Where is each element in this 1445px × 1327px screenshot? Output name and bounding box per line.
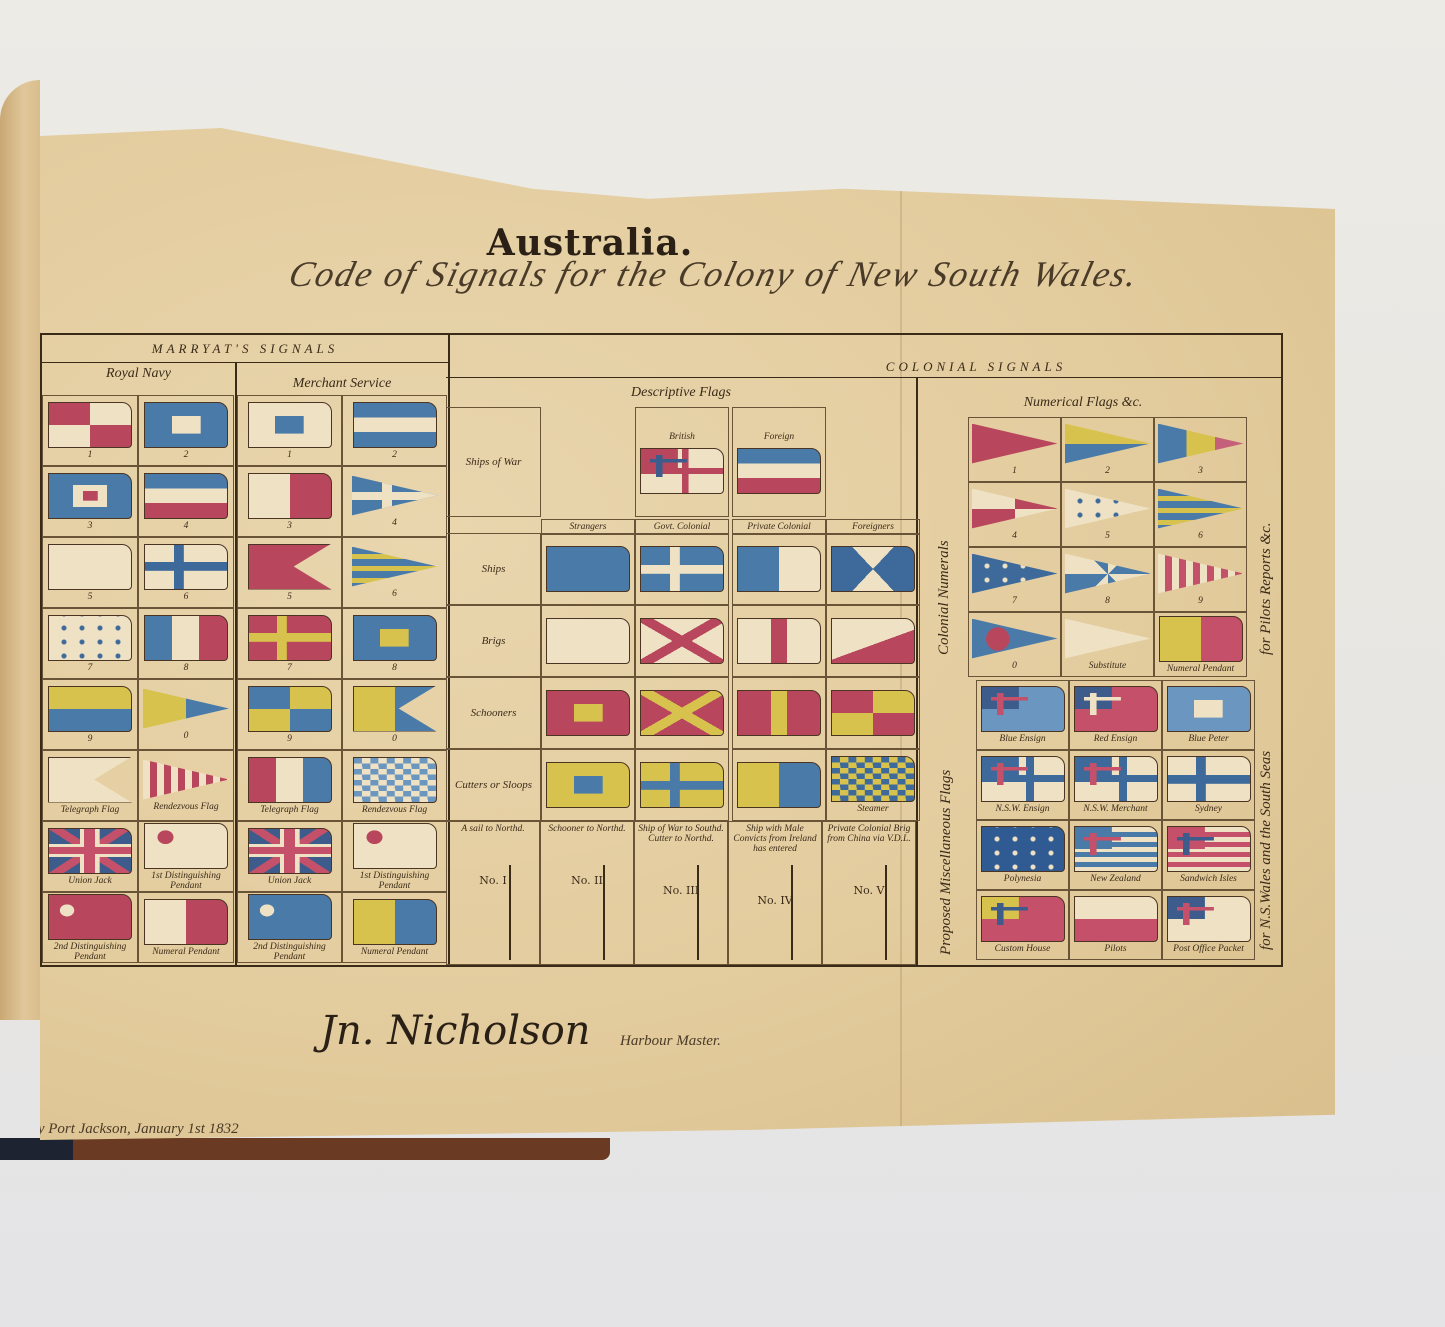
signal-flag-icon — [1158, 554, 1244, 594]
hoist-example: Ship with Male Convicts from Ireland has… — [728, 821, 822, 965]
signal-flag-icon — [1167, 896, 1251, 942]
merchant-service-flag-cell: 0 — [342, 679, 447, 750]
hoist-example: Ship of War to Southd. Cutter to Northd.… — [634, 821, 728, 965]
signal-flag-icon — [248, 615, 332, 661]
descriptive-flag-cell — [541, 605, 635, 677]
signal-flag-icon — [831, 618, 915, 664]
signal-flag-icon — [546, 762, 630, 808]
flag-label: 3 — [88, 521, 93, 531]
mast-icon — [697, 865, 699, 960]
descriptive-flag-cell — [732, 605, 826, 677]
flag-label: Blue Ensign — [999, 734, 1045, 744]
descriptive-flags-heading: Descriptive Flags — [446, 385, 916, 401]
signal-flag-icon — [48, 402, 132, 448]
signal-flag-icon — [1167, 826, 1251, 872]
descriptive-flag-cell — [732, 677, 826, 749]
flag-label: 1 — [287, 450, 292, 460]
flag-label: Telegraph Flag — [260, 805, 319, 815]
signal-flag-icon — [352, 476, 438, 516]
signal-flag-icon — [144, 823, 228, 869]
signal-flag-icon — [144, 473, 228, 519]
marryat-signals-table: MARRYAT'S SIGNALS Royal Navy Merchant Se… — [40, 333, 450, 967]
hoist-number: No. IV — [757, 894, 792, 907]
hoist-number: No. II — [571, 874, 603, 887]
signal-flag-icon — [1065, 489, 1151, 529]
royal-navy-flag-cell: 6 — [138, 537, 234, 608]
flag-label: Post Office Packet — [1173, 944, 1244, 954]
flag-label: N.S.W. Ensign — [995, 804, 1049, 814]
signal-flag-icon — [546, 618, 630, 664]
descriptive-flag-cell — [635, 677, 729, 749]
signal-flag-icon — [248, 828, 332, 874]
signal-flag-icon — [972, 489, 1058, 529]
page-subtitle: Code of Signals for the Colony of New So… — [285, 253, 1144, 295]
royal-navy-flag-cell: 3 — [42, 466, 138, 537]
signal-flag-icon — [353, 686, 437, 732]
signal-flag-icon — [248, 544, 332, 590]
numerical-flag-cell: Substitute — [1061, 612, 1154, 677]
signal-flag-icon — [972, 554, 1058, 594]
flag-label: 5 — [1105, 531, 1110, 541]
descriptive-flags-grid: Ships of WarBritishForeignStrangersGovt.… — [446, 407, 916, 965]
ships-of-war-flag-cell: Foreign — [732, 407, 826, 517]
flag-label: Rendezvous Flag — [153, 802, 218, 812]
flag-label: 1 — [88, 450, 93, 460]
descriptive-flag-cell — [635, 533, 729, 605]
flag-label: 4 — [392, 518, 397, 528]
flag-label: 1st Distinguishing Pendant — [139, 871, 233, 891]
flag-label: 6 — [1198, 531, 1203, 541]
miscellaneous-flag-cell: Red Ensign — [1069, 680, 1162, 750]
miscellaneous-flag-cell: Polynesia — [976, 820, 1069, 890]
royal-navy-flag-cell: 0 — [138, 679, 234, 750]
flag-label: Polynesia — [1004, 874, 1041, 884]
hoist-caption: Ship with Male Convicts from Ireland has… — [729, 824, 821, 854]
merchant-service-flag-cell: 4 — [342, 466, 447, 537]
hoist-example: Private Colonial Brig from China via V.D… — [822, 821, 916, 965]
miscellaneous-flags-label: Proposed Miscellaneous Flags — [938, 695, 955, 955]
numerical-flag-cell: 3 — [1154, 417, 1247, 482]
row-label: Brigs — [446, 605, 541, 677]
hoist-number: No. V — [854, 884, 885, 897]
signal-flag-icon — [1167, 686, 1251, 732]
column-header: Foreign — [764, 432, 794, 442]
merchant-service-flag-cell: 1 — [237, 395, 342, 466]
merchant-service-flag-cell: 6 — [342, 537, 447, 608]
miscellaneous-flag-cell: Blue Peter — [1162, 680, 1255, 750]
flag-label: 8 — [184, 663, 189, 673]
column-header: British — [669, 432, 695, 442]
flag-label: Blue Peter — [1188, 734, 1228, 744]
miscellaneous-flag-cell: Sydney — [1162, 750, 1255, 820]
signal-flag-icon — [1074, 686, 1158, 732]
flag-label: 0 — [1012, 661, 1017, 671]
royal-navy-flag-cell: 1 — [42, 395, 138, 466]
signal-flag-icon — [48, 894, 132, 940]
flag-label: 1st Distinguishing Pendant — [343, 871, 446, 891]
signal-flag-icon — [981, 756, 1065, 802]
signal-flag-icon — [353, 899, 437, 945]
royal-navy-flags: 1234567890Telegraph FlagRendezvous FlagU… — [42, 395, 235, 965]
signal-flag-icon — [1074, 896, 1158, 942]
flag-label: 0 — [184, 731, 189, 741]
descriptive-flag-cell — [635, 749, 729, 821]
miscellaneous-flag-cell: N.S.W. Merchant — [1069, 750, 1162, 820]
numerical-flag-cell: 1 — [968, 417, 1061, 482]
merchant-service-flag-cell: Union Jack — [237, 821, 342, 892]
flag-label: 7 — [287, 663, 292, 673]
row-label-ships-of-war: Ships of War — [446, 407, 541, 517]
signal-flag-icon — [640, 762, 724, 808]
signal-flag-icon — [737, 546, 821, 592]
merchant-service-flag-cell: 7 — [237, 608, 342, 679]
signal-flag-icon — [737, 762, 821, 808]
signal-flag-icon — [640, 546, 724, 592]
flag-label: 8 — [1105, 596, 1110, 606]
flag-label: Sandwich Isles — [1180, 874, 1237, 884]
flag-label: N.S.W. Merchant — [1083, 804, 1147, 814]
flag-label: 1 — [1012, 466, 1017, 476]
numerical-flag-cell: 2 — [1061, 417, 1154, 482]
descriptive-flag-cell — [826, 533, 920, 605]
hoist-example: Schooner to Northd.No. II — [540, 821, 634, 965]
signal-flag-icon — [640, 690, 724, 736]
flag-label: 6 — [392, 589, 397, 599]
flag-label: 7 — [88, 663, 93, 673]
royal-navy-flag-cell: Telegraph Flag — [42, 750, 138, 821]
ships-of-war-flag-cell: British — [635, 407, 729, 517]
signal-flag-icon — [1159, 616, 1243, 662]
mast-icon — [885, 865, 887, 960]
signal-flag-icon — [144, 544, 228, 590]
signal-flag-icon — [353, 757, 437, 803]
royal-navy-flag-cell: 1st Distinguishing Pendant — [138, 821, 234, 892]
numerical-flags-grid: 1234567890SubstituteNumeral Pendant — [968, 417, 1248, 677]
flag-label: Substitute — [1089, 661, 1126, 671]
flag-label: 5 — [88, 592, 93, 602]
merchant-service-flag-cell: Rendezvous Flag — [342, 750, 447, 821]
miscellaneous-flag-cell: Post Office Packet — [1162, 890, 1255, 960]
numerical-flag-cell: 4 — [968, 482, 1061, 547]
south-seas-note: for N.S.Wales and the South Seas — [1258, 751, 1275, 950]
colonial-numerals-label: Colonial Numerals — [936, 540, 953, 655]
flag-label: Numeral Pendant — [1167, 664, 1234, 674]
signal-flag-icon — [981, 686, 1065, 732]
signal-flag-icon — [144, 615, 228, 661]
signal-flag-icon — [972, 619, 1058, 659]
mast-icon — [791, 865, 793, 960]
flag-label: 8 — [392, 663, 397, 673]
flag-label: Rendezvous Flag — [362, 805, 427, 815]
numerical-flag-cell: 6 — [1154, 482, 1247, 547]
pilots-reports-note: for Pilots Reports &c. — [1258, 523, 1275, 656]
signal-flag-icon — [972, 424, 1058, 464]
numerical-flag-cell: 5 — [1061, 482, 1154, 547]
merchant-service-flag-cell: 5 — [237, 537, 342, 608]
miscellaneous-flag-cell: N.S.W. Ensign — [976, 750, 1069, 820]
merchant-service-flag-cell: Numeral Pendant — [342, 892, 447, 963]
flag-label: 4 — [184, 521, 189, 531]
signal-flag-icon — [737, 690, 821, 736]
miscellaneous-flag-cell: New Zealand — [1069, 820, 1162, 890]
row-label: Cutters or Sloops — [446, 749, 541, 821]
signal-flag-icon — [352, 547, 438, 587]
colonial-heading: COLONIAL SIGNALS — [776, 359, 1176, 375]
hoist-example: A sail to Northd.No. I — [446, 821, 540, 965]
signal-flag-icon — [1158, 489, 1244, 529]
flag-label: 2 — [392, 450, 397, 460]
signal-flag-icon — [1158, 424, 1244, 464]
signal-flag-icon — [1167, 756, 1251, 802]
hoist-caption: Private Colonial Brig from China via V.D… — [823, 824, 915, 844]
signal-flag-icon — [1065, 619, 1151, 659]
miscellaneous-flag-cell: Pilots — [1069, 890, 1162, 960]
numerical-flag-cell: 0 — [968, 612, 1061, 677]
flag-label: Union Jack — [68, 876, 112, 886]
numerical-flag-cell: 7 — [968, 547, 1061, 612]
row-label: Schooners — [446, 677, 541, 749]
merchant-service-flag-cell: Telegraph Flag — [237, 750, 342, 821]
royal-navy-flag-cell: 2nd Distinguishing Pendant — [42, 892, 138, 963]
descriptive-flag-cell — [541, 749, 635, 821]
signal-flag-icon — [981, 826, 1065, 872]
descriptive-flag-cell — [826, 605, 920, 677]
descriptive-flag-cell: Steamer — [826, 749, 920, 821]
signal-flag-icon — [546, 690, 630, 736]
numerical-flag-cell: 9 — [1154, 547, 1247, 612]
flag-label: 2nd Distinguishing Pendant — [43, 942, 137, 962]
royal-navy-flag-cell: Numeral Pendant — [138, 892, 234, 963]
flag-label: 2nd Distinguishing Pendant — [238, 942, 341, 962]
signal-flag-icon — [48, 828, 132, 874]
hoist-number: No. III — [663, 884, 699, 897]
flag-label: 0 — [392, 734, 397, 744]
signal-flag-icon — [48, 544, 132, 590]
colonial-signals-table: COLONIAL SIGNALS Descriptive Flags Ships… — [446, 333, 1283, 967]
signal-flag-icon — [831, 546, 915, 592]
merchant-service-flags: 1234567890Telegraph FlagRendezvous FlagU… — [237, 395, 448, 965]
flag-label: 3 — [1198, 466, 1203, 476]
signal-flag-icon — [48, 615, 132, 661]
numerical-flags-heading: Numerical Flags &c. — [918, 395, 1248, 411]
merchant-service-flag-cell: 9 — [237, 679, 342, 750]
signal-flag-icon — [831, 690, 915, 736]
descriptive-flag-cell — [732, 533, 826, 605]
numerical-flag-cell: Numeral Pendant — [1154, 612, 1247, 677]
signal-flag-icon — [143, 760, 229, 800]
descriptive-flag-cell — [541, 677, 635, 749]
royal-navy-flag-cell: Rendezvous Flag — [138, 750, 234, 821]
miscellaneous-flag-cell: Blue Ensign — [976, 680, 1069, 750]
royal-navy-flag-cell: 2 — [138, 395, 234, 466]
signal-flag-icon — [48, 473, 132, 519]
flag-label: 9 — [287, 734, 292, 744]
signal-flag-icon — [546, 546, 630, 592]
merchant-service-flag-cell: 1st Distinguishing Pendant — [342, 821, 447, 892]
flag-label: 9 — [1198, 596, 1203, 606]
signal-flag-icon — [831, 756, 915, 802]
signal-flag-icon — [353, 615, 437, 661]
signal-flag-icon — [640, 448, 724, 494]
flag-label: Union Jack — [268, 876, 312, 886]
flag-label: Red Ensign — [1094, 734, 1138, 744]
descriptive-flag-cell — [732, 749, 826, 821]
flag-label: 2 — [184, 450, 189, 460]
signal-chart-page: Australia. Code of Signals for the Colon… — [40, 128, 1335, 1140]
hoist-caption: Schooner to Northd. — [548, 824, 625, 834]
flag-caption: Steamer — [857, 804, 888, 814]
signal-flag-icon — [48, 686, 132, 732]
signal-flag-icon — [248, 402, 332, 448]
flag-label: Custom House — [995, 944, 1051, 954]
merchant-service-flag-cell: 3 — [237, 466, 342, 537]
royal-navy-flag-cell: 8 — [138, 608, 234, 679]
royal-navy-flag-cell: 7 — [42, 608, 138, 679]
merchant-service-heading: Merchant Service — [236, 376, 448, 392]
flag-label: 9 — [88, 734, 93, 744]
signal-flag-icon — [981, 896, 1065, 942]
royal-navy-flag-cell: Union Jack — [42, 821, 138, 892]
hoist-caption: A sail to Northd. — [461, 824, 524, 834]
descriptive-flag-cell — [635, 605, 729, 677]
flag-label: Telegraph Flag — [61, 805, 120, 815]
signal-flag-icon — [248, 894, 332, 940]
signal-flag-icon — [737, 448, 821, 494]
royal-navy-flag-cell: 5 — [42, 537, 138, 608]
book-spine-edge — [0, 80, 40, 1020]
signal-flag-icon — [248, 473, 332, 519]
hoist-number: No. I — [479, 874, 506, 887]
row-label: Ships — [446, 533, 541, 605]
royal-navy-heading: Royal Navy — [42, 366, 235, 382]
merchant-service-flag-cell: 8 — [342, 608, 447, 679]
mast-icon — [509, 865, 511, 960]
royal-navy-flag-cell: 9 — [42, 679, 138, 750]
signature-role: Harbour Master. — [620, 1033, 721, 1050]
signature: Jn. Nicholson — [320, 1008, 590, 1054]
signal-flag-icon — [737, 618, 821, 664]
miscellaneous-flag-cell: Sandwich Isles — [1162, 820, 1255, 890]
flag-label: 3 — [287, 521, 292, 531]
numerical-flag-cell: 8 — [1061, 547, 1154, 612]
flag-label: Sydney — [1195, 804, 1222, 814]
flag-label: Pilots — [1104, 944, 1126, 954]
signal-flag-icon — [144, 402, 228, 448]
signal-flag-icon — [353, 823, 437, 869]
signal-flag-icon — [248, 686, 332, 732]
descriptive-flag-cell — [826, 677, 920, 749]
flag-label: 7 — [1012, 596, 1017, 606]
flag-label: Numeral Pendant — [361, 947, 428, 957]
signal-flag-icon — [1065, 424, 1151, 464]
flag-label: 5 — [287, 592, 292, 602]
miscellaneous-flags-grid: Blue EnsignRed EnsignBlue PeterN.S.W. En… — [976, 680, 1256, 962]
book-cover — [0, 1138, 610, 1160]
signal-flag-icon — [1074, 756, 1158, 802]
signal-flag-icon — [248, 757, 332, 803]
flag-label: 4 — [1012, 531, 1017, 541]
merchant-service-flag-cell: 2nd Distinguishing Pendant — [237, 892, 342, 963]
flag-label: 2 — [1105, 466, 1110, 476]
flag-label: 6 — [184, 592, 189, 602]
signal-flag-icon — [353, 402, 437, 448]
signal-flag-icon — [48, 757, 132, 803]
miscellaneous-flag-cell: Custom House — [976, 890, 1069, 960]
hoist-caption: Ship of War to Southd. Cutter to Northd. — [635, 824, 727, 844]
royal-navy-flag-cell: 4 — [138, 466, 234, 537]
signal-flag-icon — [640, 618, 724, 664]
signal-flag-icon — [144, 899, 228, 945]
place-date: Sydney Port Jackson, January 1st 1832 — [2, 1121, 239, 1138]
signal-flag-icon — [1065, 554, 1151, 594]
merchant-service-flag-cell: 2 — [342, 395, 447, 466]
flag-label: Numeral Pendant — [152, 947, 219, 957]
descriptive-flag-cell — [541, 533, 635, 605]
mast-icon — [603, 865, 605, 960]
signal-flag-icon — [143, 689, 229, 729]
signal-flag-icon — [1074, 826, 1158, 872]
flag-label: New Zealand — [1090, 874, 1140, 884]
marryat-heading: MARRYAT'S SIGNALS — [42, 341, 448, 357]
